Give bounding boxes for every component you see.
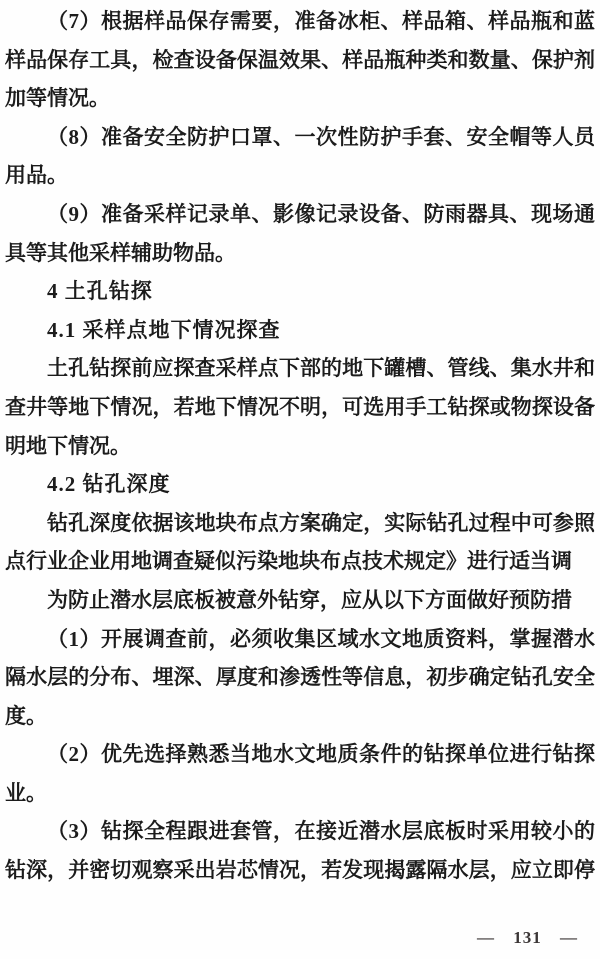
paragraph-line: 加等情况。 — [5, 79, 595, 118]
paragraph-line: 具等其他采样辅助物品。 — [5, 234, 595, 273]
paragraph-line: （7）根据样品保存需要，准备冰柜、样品箱、样品瓶和蓝冰等 — [5, 2, 595, 41]
paragraph-line: 明地下情况。 — [5, 427, 595, 466]
paragraph-line: 为防止潜水层底板被意外钻穿，应从以下方面做好预防措施： — [5, 581, 595, 620]
section-heading-4-2: 4.2 钻孔深度 — [5, 465, 595, 504]
paragraph-line: 样品保存工具，检查设备保温效果、样品瓶种类和数量、保护剂添 — [5, 41, 595, 80]
paragraph-line: （1）开展调查前，必须收集区域水文地质资料，掌握潜水层和 — [5, 620, 595, 659]
paragraph-line: 查井等地下情况，若地下情况不明，可选用手工钻探或物探设备探 — [5, 388, 595, 427]
document-page: （7）根据样品保存需要，准备冰柜、样品箱、样品瓶和蓝冰等 样品保存工具，检查设备… — [0, 0, 600, 959]
paragraph-line: 点行业企业用地调查疑似污染地块布点技术规定》进行适当调整。 — [5, 542, 595, 581]
paragraph-line: 隔水层的分布、埋深、厚度和渗透性等信息，初步确定钻孔安全深 — [5, 658, 595, 697]
paragraph-line: 用品。 — [5, 156, 595, 195]
section-heading-4: 4 土孔钻探 — [5, 272, 595, 311]
page-number: — 131 — — [477, 928, 578, 948]
paragraph-line: （2）优先选择熟悉当地水文地质条件的钻探单位进行钻探作 — [5, 735, 595, 774]
paragraph-line: 钻深，并密切观察采出岩芯情况，若发现揭露隔水层，应立即停止 — [5, 851, 595, 890]
paragraph-line: 度。 — [5, 697, 595, 736]
paragraph-line: （8）准备安全防护口罩、一次性防护手套、安全帽等人员防护 — [5, 118, 595, 157]
paragraph-line: （3）钻探全程跟进套管，在接近潜水层底板时采用较小的单次 — [5, 812, 595, 851]
paragraph-line: 钻孔深度依据该地块布点方案确定，实际钻孔过程中可参照《重 — [5, 504, 595, 543]
paragraph-line: （9）准备采样记录单、影像记录设备、防雨器具、现场通讯工 — [5, 195, 595, 234]
paragraph-line: 业。 — [5, 774, 595, 813]
paragraph-line: 土孔钻探前应探查采样点下部的地下罐槽、管线、集水井和检 — [5, 349, 595, 388]
section-heading-4-1: 4.1 采样点地下情况探查 — [5, 311, 595, 350]
